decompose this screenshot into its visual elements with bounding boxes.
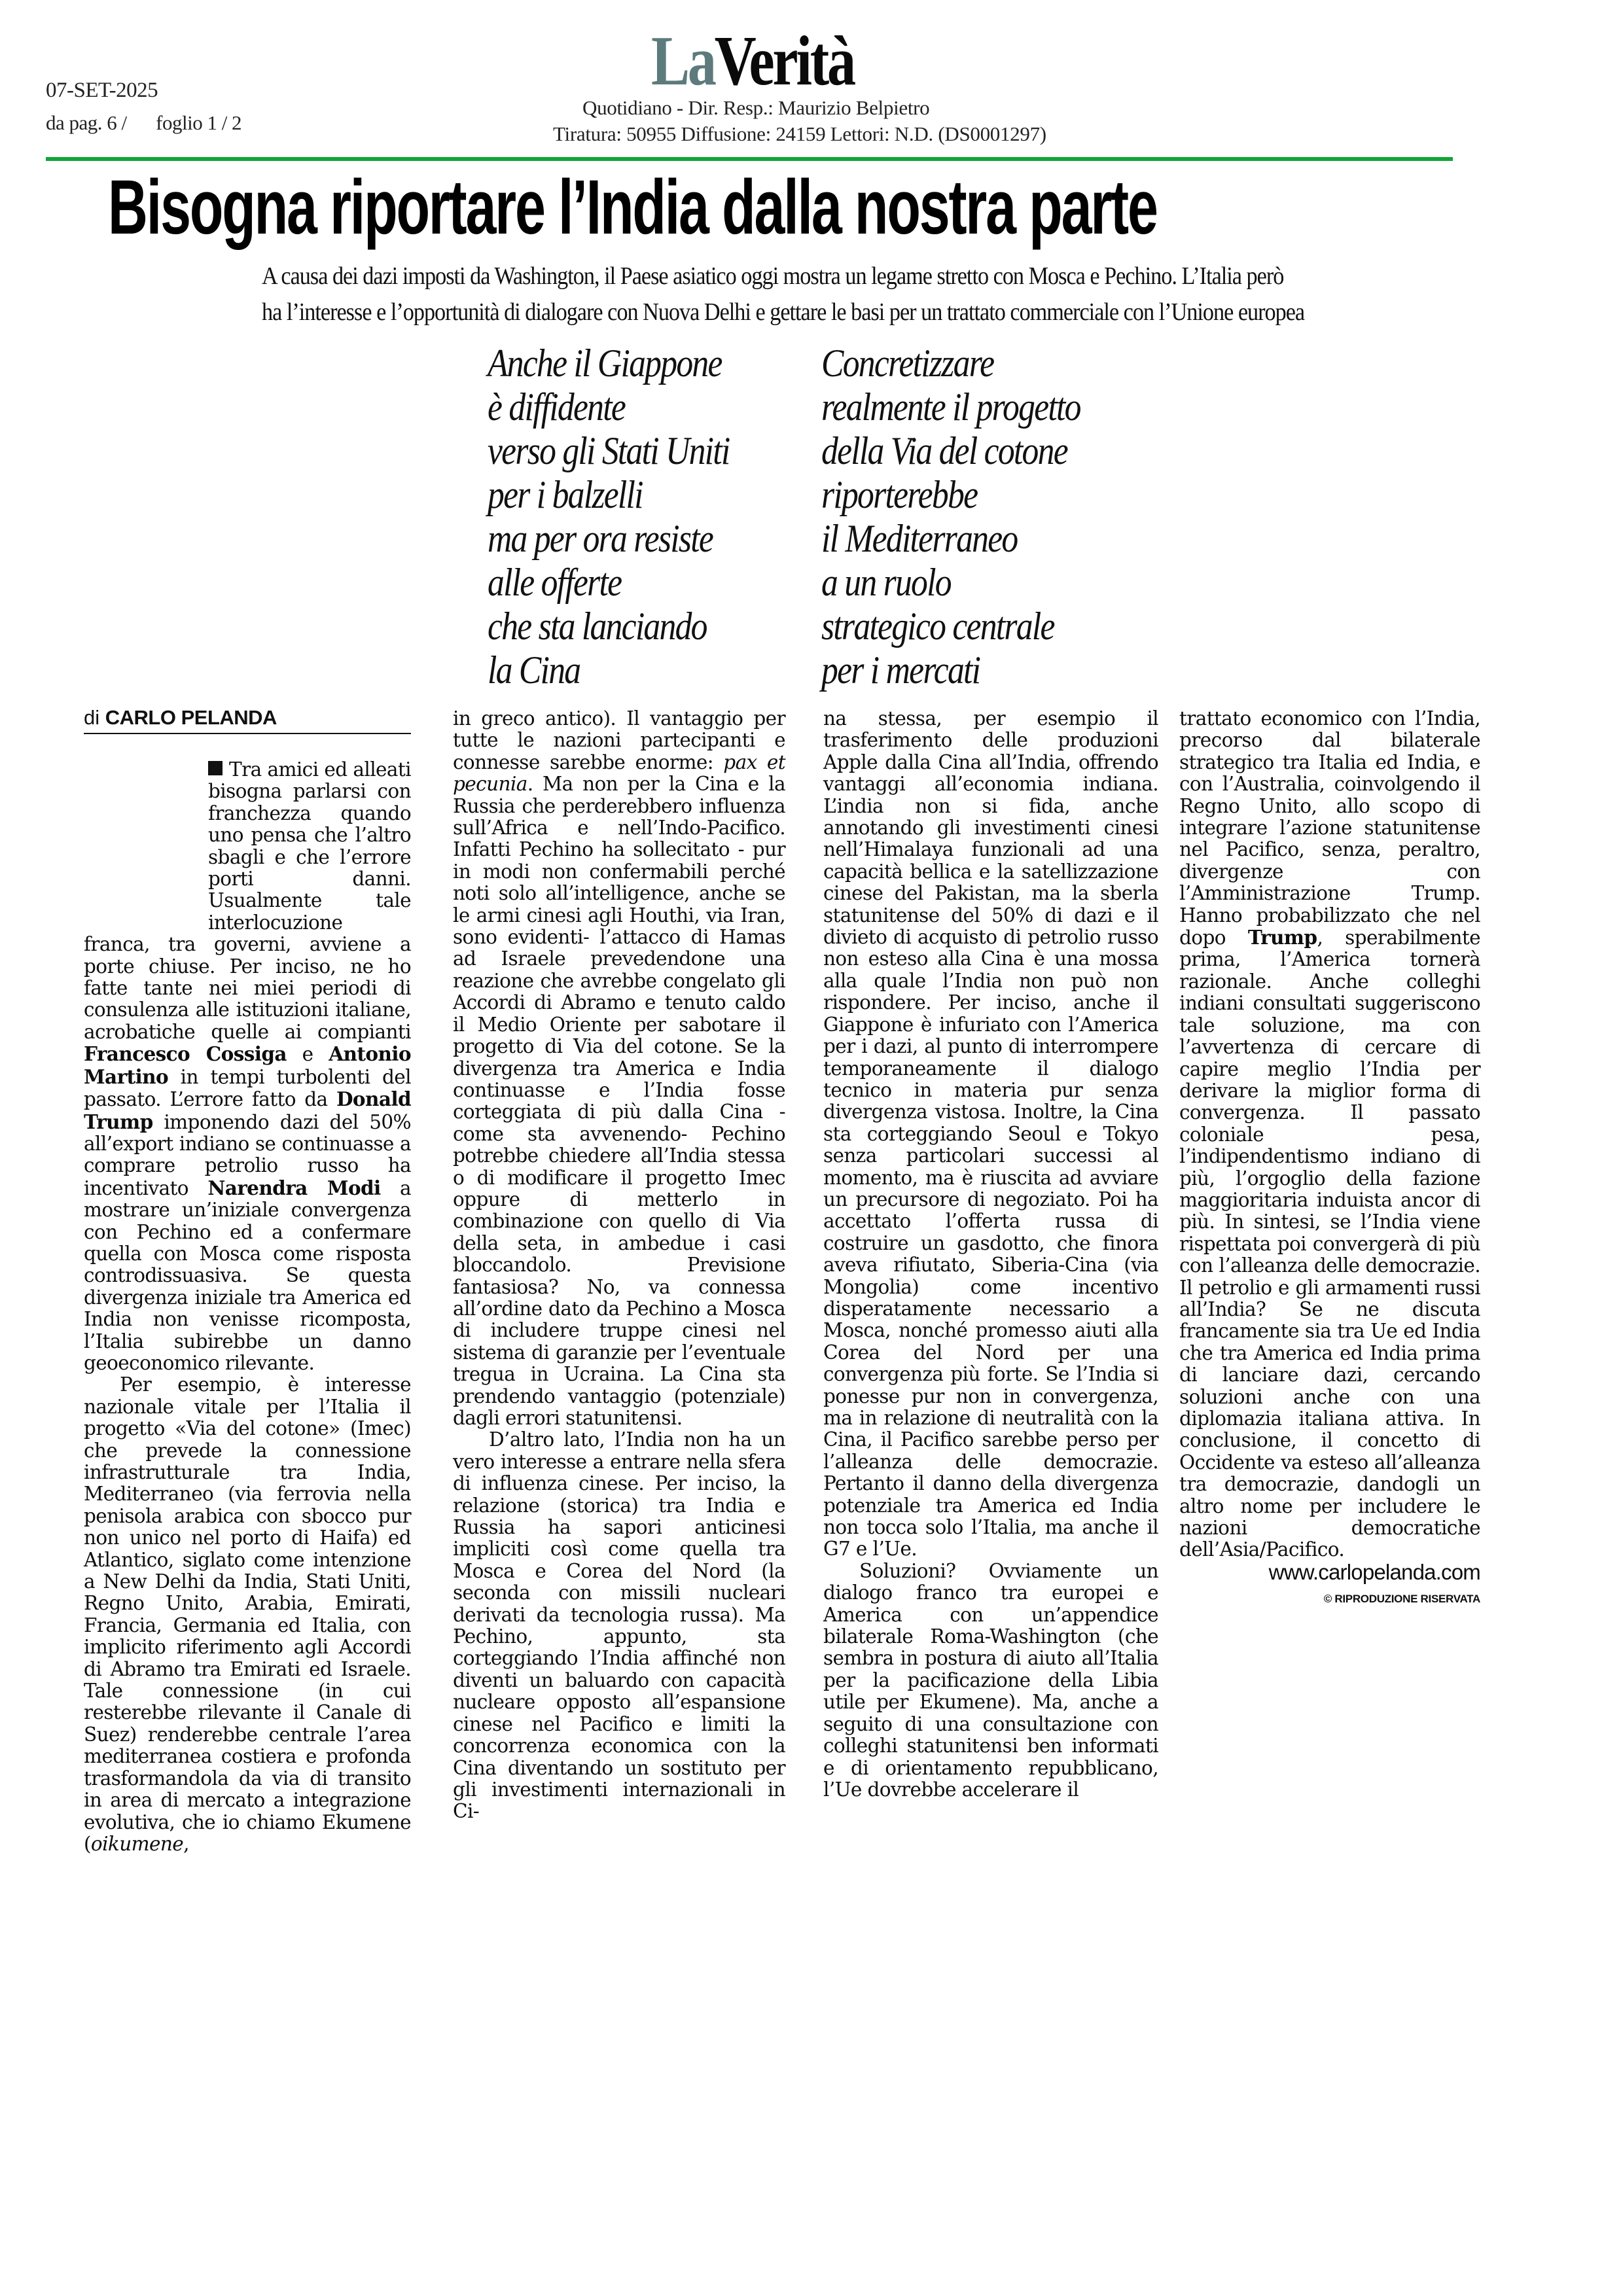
- byline: di CARLO PELANDA: [84, 705, 411, 734]
- pullquote-line: che sta lanciando: [488, 605, 730, 648]
- article-subhead-line-2: ha l’interesse e l’opportunità di dialog…: [262, 300, 1393, 325]
- person-name: Trump: [1248, 926, 1317, 949]
- pullquote-line: è diffidente: [488, 385, 730, 429]
- paragraph: in greco antico). Il vantaggio per tutte…: [453, 708, 785, 1429]
- pullquote-line: il Mediterraneo: [821, 517, 1080, 561]
- logo-la: La: [651, 22, 715, 100]
- article-headline: Bisogna riportare l’India dalla nostra p…: [108, 169, 1100, 246]
- pullquote-line: ma per ora resiste: [488, 517, 730, 561]
- copyright-notice: © RIPRODUZIONE RISERVATA: [1179, 1588, 1480, 1610]
- article-column-1: Tra amici ed alleati bisogna parlarsi co…: [84, 759, 411, 1855]
- clipping-page-ref: da pag. 6 / foglio 1 / 2: [46, 111, 241, 135]
- pullquote-line: per i mercati: [821, 648, 1080, 692]
- pullquote-left: Anche il Giappone è diffidente verso gli…: [488, 342, 730, 692]
- byline-author: CARLO PELANDA: [105, 706, 277, 729]
- paragraph: D’altro lato, l’India non ha un vero int…: [453, 1429, 785, 1822]
- logo-verita: Verità: [715, 22, 854, 100]
- pullquote-line: a un ruolo: [821, 561, 1080, 605]
- pullquote-line: realmente il progetto: [821, 385, 1080, 429]
- page-ref: da pag. 6 /: [46, 111, 127, 134]
- person-name: Francesco Cossiga: [84, 1042, 287, 1065]
- pullquote-right: Concretizzare realmente il progetto dell…: [821, 342, 1080, 692]
- paragraph: trattato economico con l’India, precorso…: [1179, 708, 1480, 1561]
- article-column-2: in greco antico). Il vantaggio per tutte…: [453, 708, 785, 1823]
- paragraph: Soluzioni? Ovviamente un dialogo franco …: [823, 1561, 1158, 1801]
- clipping-date: 07-SET-2025: [46, 79, 158, 103]
- pullquote-line: per i balzelli: [488, 473, 730, 517]
- paragraph: Per esempio, è interesse nazionale vital…: [84, 1374, 411, 1855]
- article-column-3: na stessa, per esempio il trasferimento …: [823, 708, 1158, 1801]
- pullquote-line: la Cina: [488, 648, 730, 692]
- pullquote-line: Concretizzare: [821, 342, 1080, 385]
- lead-square-bullet-icon: [208, 761, 223, 775]
- pullquote-line: della Via del cotone: [821, 429, 1080, 473]
- article-subhead-line-1: A causa dei dazi imposti da Washington, …: [262, 264, 1393, 289]
- byline-prefix: di: [84, 706, 99, 729]
- masthead-circulation-line: Tiratura: 50955 Diffusione: 24159 Lettor…: [553, 122, 1046, 146]
- article-column-4: trattato economico con l’India, precorso…: [1179, 708, 1480, 1610]
- pullquote-line: strategico centrale: [821, 605, 1080, 648]
- pullquote-line: verso gli Stati Uniti: [488, 429, 730, 473]
- sheet-ref: foglio 1 / 2: [156, 111, 241, 134]
- paragraph: na stessa, per esempio il trasferimento …: [823, 708, 1158, 1561]
- newspaper-logo: LaVerità: [651, 26, 854, 97]
- pullquote-line: alle offerte: [488, 561, 730, 605]
- person-name: Narendra Modi: [207, 1176, 380, 1199]
- author-website-link[interactable]: www.carlopelanda.com: [1179, 1561, 1480, 1583]
- pullquote-line: riporterebbe: [821, 473, 1080, 517]
- pullquote-line: Anche il Giappone: [488, 342, 730, 385]
- lead-indent-space: [84, 759, 208, 912]
- header-rule: [46, 157, 1453, 161]
- masthead-publication-line: Quotidiano - Dir. Resp.: Maurizio Belpie…: [582, 96, 929, 120]
